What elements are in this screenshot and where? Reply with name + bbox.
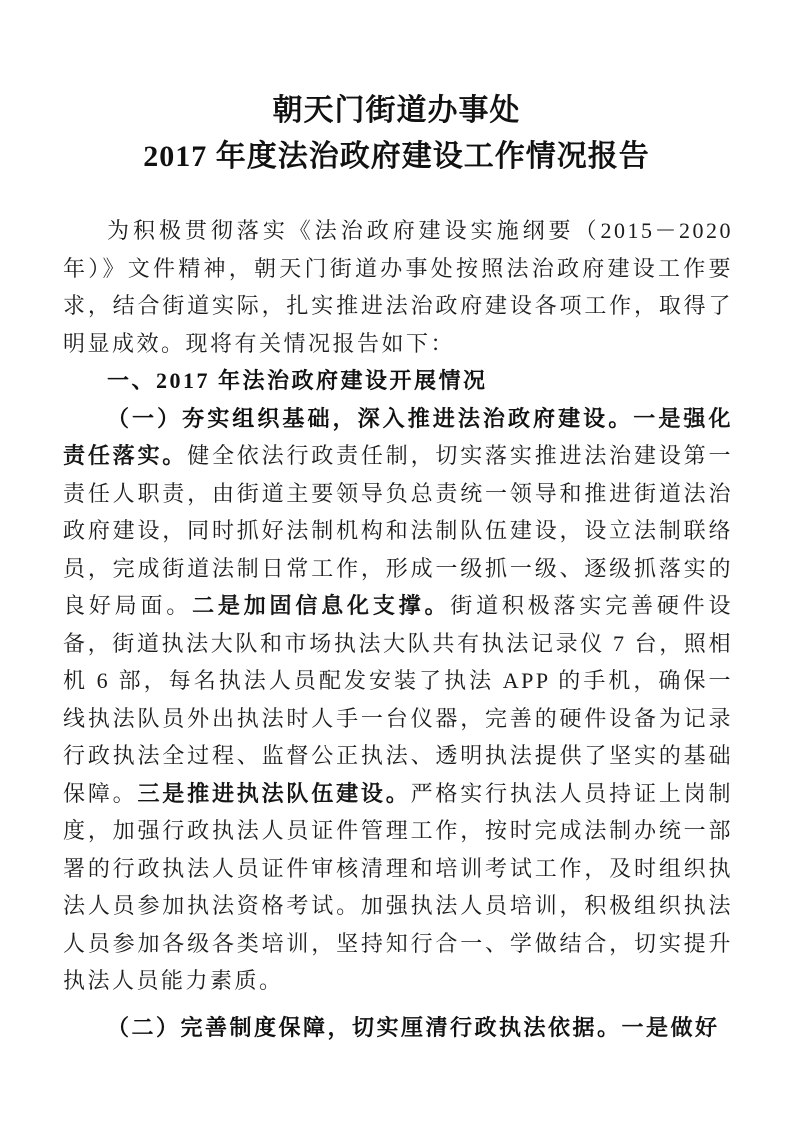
section-heading: 一、2017 年法治政府建设开展情况: [63, 362, 733, 400]
text-run: （二）完善制度保障，切实厘清行政执法依据。: [107, 1015, 622, 1040]
text-run: 三是推进执法队伍建设。: [137, 781, 410, 806]
document-title: 朝天门街道办事处 2017 年度法治政府建设工作情况报告: [0, 0, 793, 180]
text-run: 二是加固信息化支撑。: [192, 593, 450, 618]
text-run: 街道积极落实完善硬件设备，街道执法大队和市场执法大队共有执法记录仪 7 台，照相…: [63, 593, 733, 806]
paragraph: 为积极贯彻落实《法治政府建设实施纲要（2015－2020年）》文件精神，朝天门街…: [63, 212, 733, 362]
text-run: 严格实行执法人员持证上岗制度，加强行政执法人员证件管理工作，按时完成法制办统一部…: [63, 781, 733, 994]
text-run: 一、2017 年法治政府建设开展情况: [107, 368, 488, 393]
text-run: 为积极贯彻落实《法治政府建设实施纲要（2015－2020年）》文件精神，朝天门街…: [63, 218, 733, 356]
paragraph: （二）完善制度保障，切实厘清行政执法依据。一是做好: [63, 1009, 733, 1047]
text-run: （一）夯实组织基础，深入推进法治政府建设。: [107, 406, 633, 431]
title-line-2: 2017 年度法治政府建设工作情况报告: [0, 134, 793, 180]
document-page: 朝天门街道办事处 2017 年度法治政府建设工作情况报告 为积极贯彻落实《法治政…: [0, 0, 793, 1122]
title-line-1: 朝天门街道办事处: [0, 88, 793, 134]
text-run: 健全依法行政责任制，切实落实推进法治建设第一责任人职责，由街道主要领导负总责统一…: [63, 443, 733, 618]
text-run: 一是做好: [622, 1015, 720, 1040]
paragraph: （一）夯实组织基础，深入推进法治政府建设。一是强化责任落实。健全依法行政责任制，…: [63, 400, 733, 1000]
document-body: 为积极贯彻落实《法治政府建设实施纲要（2015－2020年）》文件精神，朝天门街…: [63, 212, 733, 1046]
